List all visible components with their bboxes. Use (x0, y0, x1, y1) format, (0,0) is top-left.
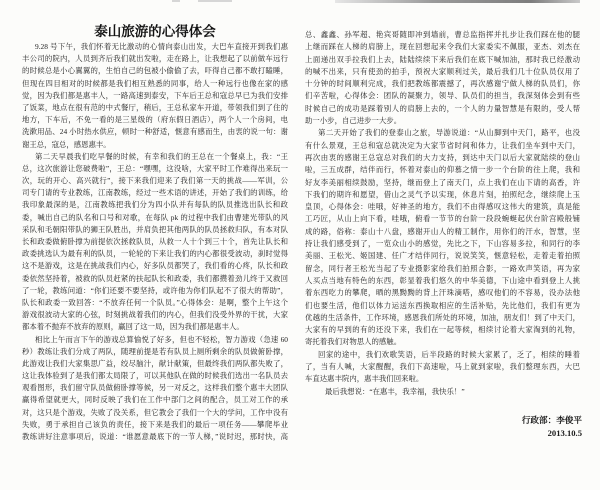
text-line: 啦，三五成群，结伴而行，怀着对泰山的仰慕之情一步一个台阶的往上爬，我和 (305, 164, 580, 176)
paragraph: 相比上午而言下午的游戏总算愉悦了好多，但也不轻松，智力游戏（急速 60 秒）教练… (22, 334, 288, 444)
right-column: 总、鑫鑫、孙军超、艳宾哥随即冲到墙前，曹总监指挥并扎步让我们踩在他的腿 上继而踩… (305, 29, 580, 398)
text-line: 再次由衷的感谢王总寇总对我们的大力支持，到达中天门以后大家就陆续的登山 (305, 152, 580, 164)
text-line: 都本着不抛弃不放弃的原则，赢回了这一局，因为我们都是惠丰人。 (22, 321, 288, 333)
text-line: 采队和毛朝阳带队的狮王队胜出，并肩负把其他两队的队员拯救归队，有本对队 (22, 224, 288, 236)
scan-mark (198, 0, 232, 2)
text-line: 寄托着我们对物思人的感触。 (305, 336, 580, 348)
paragraph: 第二天开始了我们的登泰山之旅，导游说道：“从山脚到中天门，路平，也没 有什么景观… (305, 127, 580, 348)
text-line: 长和政委做俯卧撑为前提依次拯救队员，从救一人十个到三十个，首先让队长和 (22, 236, 288, 248)
text-line: 第二天开始了我们的登泰山之旅，导游说道：“从山脚到中天门，路平，也没 (305, 127, 580, 139)
text-line: 谢王总，寇总，感恩惠丰。 (22, 139, 288, 151)
text-line: 司专门请的专业教练，江南教练，经过一些术语的讲述，开始了我们的训练，给 (22, 187, 288, 199)
text-line: 助一小步，自己进步一大步。 (305, 115, 580, 127)
signature-date: 2013.10.5 (522, 427, 582, 440)
text-line: 最后我想说：“在惠丰，我幸福，我快乐！” (305, 386, 580, 398)
text-line: 赢得希望就更大，同时反映了我们在工作中部门之间的配合，员工对工作的承担， (22, 394, 288, 406)
text-line: 优越的生活条件，工作环境，感恩我们所处的环境，加油，朋友们！到了中天门， (305, 312, 580, 324)
signature-block: 行政部：李俊平 2013.10.5 (522, 414, 582, 440)
text-line: 的时候总是小心翼翼的，生怕自己的包被小偷偷了去，吓得自己都不敢打瞌睡， (22, 65, 288, 77)
text-line: 人买点当地有特色的东西，彰显着我们悠久的中华美德，下山途中看到登上人挑 (305, 275, 580, 287)
text-line: 了，当有人喊，大家醒醒，我们下高速啦，马上就到家啦，我们整理东西，大巴 (305, 361, 580, 373)
text-line: 们也要生活，他们以体力运送东西换取相应的生活补贴，先比他们，我们有更为 (305, 300, 580, 312)
signature-author: 行政部：李俊平 (522, 414, 582, 427)
text-line: 地方，下车后，不免一看的是三星级的（府东假日酒店），两个人一个房间，电视， (22, 114, 288, 126)
paragraph: 第二天早晨我们吃早餐的时候，有幸和我们的王总在一个餐桌上，我：“王 总，这次旅游… (22, 151, 288, 334)
text-line: 们辛苦啦，心得体会：团队的凝聚力，领导、队员们的担当，我深刻体会到有些 (305, 90, 580, 102)
text-line: 游戏很波动大家的心弦，时刻挑战着我们的内心，但我们没受外界的干扰，大家 (22, 309, 288, 321)
text-line: 相比上午而言下午的游戏总算愉悦了好多，但也不轻松，智力游戏（急速 60 (22, 334, 288, 346)
text-line: 觉，因为我们都是惠丰人，一路高速到泰安，下车后王总和寇总早已为我们安排 (22, 90, 288, 102)
text-line: 教练讲好注意事项后，说道：“谁愿意最底下的一节人梯，”说时迟，那时快，高 (22, 431, 288, 443)
text-line: 回家的途中，我们欢歌笑语，后半段路的时候大家累了，乏了，相续的睡着 (305, 349, 580, 361)
text-line: 了一轮，教练问道：“你们还要不要坚持，或许他为你们队起不了很大的帮助”， (22, 285, 288, 297)
scan-edge-shadow (335, 0, 580, 3)
text-line: 了饭菜，地点在很有范的中式餐厅，稍后，王总私家车开道，带领我们到了住的 (22, 102, 288, 114)
text-line: 这不是游戏，这是在挑战我们内心，好多队员都哭了，我们看的心疼，队长和政 (22, 260, 288, 272)
text-line: 但现在四目相对的时候都是我们相互熟悉的同事，给人一种远行也像在家的感 (22, 78, 288, 90)
text-line: 工巧匠，从山上向下看，哇哦，俯看一节节的台阶一段段蜿蜒起伏台阶宫殿般铺 (305, 213, 580, 225)
text-line: 着东西吃力的攀爬，晒的黑黝黝的背上汗珠滴嗒，感叹他们的不容易，没办法他 (305, 287, 580, 299)
text-line: 十分钟的时间顺利完成，我们把教练都震撼了，再次感谢宁做人梯的队员们，你 (305, 78, 580, 90)
text-line: 9.28 号下午，我们怀着无比激动的心情向泰山出发，大巴车直接开到我们惠 (22, 41, 288, 53)
paragraph: 回家的途中，我们欢歌笑语，后半段路的时候大家累了，乏了，相续的睡着 了，当有人喊… (305, 349, 580, 386)
text-line: 的喊不出来，只有使劲的拍手，预祝大家顺利过关，最后我们几十位队员仅用了 (305, 66, 580, 78)
text-line: 观看图形，我们留守队员做俯卧撑等候，另一对反之，这样我们整个惠丰大团队 (22, 382, 288, 394)
text-line: 委，喊出自己的队名和口号和对歌，在每队 pk 的过程中我们由曹建光带队的风 (22, 212, 288, 224)
paragraph: 9.28 号下午，我们怀着无比激动的心情向泰山出发，大巴车直接开到我们惠 丰公司… (22, 41, 288, 151)
text-line: 政委挑选认为最有利的队员，一轮轮的下来让我们的内心都很受波动，刹时觉得 (22, 248, 288, 260)
left-column: 9.28 号下午，我们怀着无比激动的心情向泰山出发，大巴车直接开到我们惠 丰公司… (22, 41, 288, 443)
text-line: 我印象最深的是，江南教练把我们分为四小队并有每队的队员推选出队长和政 (22, 199, 288, 211)
text-line: 此游戏让我们大家集思广益，绞尽脑汁，献计献策，但最终我们两队都失败了， (22, 358, 288, 370)
text-line: 上面递出双手拉我们上去，陆陆续续下来后我们在底下喊加油，那时我已经激动 (305, 54, 580, 66)
text-line: 秒）教练让我们分成了两队，随理前提是若有队员上厕所剩余的队员做俯卧撑， (22, 346, 288, 358)
text-line: 成的路，俗称：泰山十八盘，感谢开山人的精工制作，用你们的汗水，智慧，坚 (305, 226, 580, 238)
text-line: 有什么景观，王总和寇总就决定为大家节省时间和体力，让我们坐车到中天门， (305, 140, 580, 152)
text-line: 车直达惠丰院内，惠丰我们回来啦。 (305, 373, 580, 385)
paragraph: 总、鑫鑫、孙军超、艳宾哥随即冲到墙前，曹总监指挥并扎步让我们踩在他的腿 上继而踩… (305, 29, 580, 127)
text-line: 总，这次旅游让您破费啦”，王总：“嘿嘿，这没啥，大家平时工作难得出来玩一 (22, 163, 288, 175)
text-line: 留念，同行者王松光当起了专业摄影家给我们拍照合影，一路欢声笑语，再为家 (305, 263, 580, 275)
text-line: 委依然坚持着，被救的队员赶紧的扶起队长和政委，我们都攒着劲儿终于又救回 (22, 273, 288, 285)
text-line: 失败，勇于承担自己该负的责任，接下来是我们的最后一项任务——攀爬毕业墙， (22, 419, 288, 431)
text-line: 对，这只是个游戏，失败了没关系，但它教会了我们一个大的学问，工作中没有 (22, 407, 288, 419)
document-title: 泰山旅游的心得体会 (22, 24, 288, 41)
text-line: 时候自己的成功是踩着别人的肩膀上去的，一个人的力量智慧是有限的，受人帮 (305, 103, 580, 115)
text-line: 丰公司的院内，人员到齐后我们就出发啦，走在路上，让我想起了以前做车远行 (22, 53, 288, 65)
text-line: 好友李美丽相续鼓励，坚持，继而登上了南天门，点上我们在山下请的高香，许 (305, 177, 580, 189)
text-line: 这让我体验到了是我们都太局限了，可以其他队在做的时候我们选出一名队员去 (22, 370, 288, 382)
text-line: 第二天早晨我们吃早餐的时候，有幸和我们的王总在一个餐桌上，我：“王 (22, 151, 288, 163)
text-line: 皇顶，心得体会：哇哦，好神圣的地方，我们不由得感叹这伟大的建筑，真是能 (305, 201, 580, 213)
text-line: 大家有的早到的有的还没下来，我们在一起等候，相续讨论着大家淘到的礼物， (305, 324, 580, 336)
text-line: 洗漱用品、24 小时热水供应，顿时一种舒适，惬意有感而生，由衷的说一句：谢 (22, 126, 288, 138)
text-line: 下我们的期许和愿望，借山之灵气予以实现，休息片刻，拍照纪念，继续爬上玉 (305, 189, 580, 201)
text-line: 次，玩的开心、高兴就行”，接下来我们迎来了我们第一天的挑战——军训，公 (22, 175, 288, 187)
text-line: 总、鑫鑫、孙军超、艳宾哥随即冲到墙前，曹总监指挥并扎步让我们踩在他的腿 (305, 29, 580, 41)
scan-mark (172, 0, 180, 2)
paragraph: 最后我想说：“在惠丰，我幸福，我快乐！” (305, 386, 580, 398)
text-line: 队长和政委一致回答：“不放弃任何一个队员。”心得体会：是啊，整个上午这个 (22, 297, 288, 309)
text-line: 美丽、王松光、姬国建、任广才结伴同行，说说笑笑，惬意轻松，走着走着拍照 (305, 250, 580, 262)
text-line: 上继而踩在人梯的肩膀上，现在回想起来令我们大家委实不佩服，亚杰、刘杰在 (305, 41, 580, 53)
text-line: 持让我们感受到了，一览众山小的感觉，先比之下，下山容易多拉，和同行的李 (305, 238, 580, 250)
